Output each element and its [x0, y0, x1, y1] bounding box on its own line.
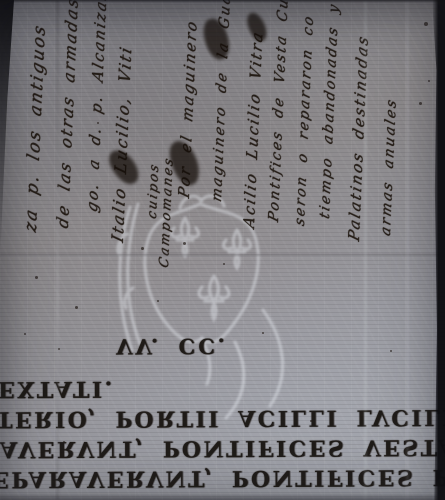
ink-speck: [141, 247, 144, 250]
ink-speck: [24, 333, 26, 335]
scan-edge-left: [0, 0, 14, 262]
ink-speck: [310, 420, 312, 422]
ink-speck: [223, 263, 225, 265]
printed-text-line: TERIO, PORTII ACILLI LVCILLI VIT: [0, 406, 445, 431]
ink-speck: [338, 455, 340, 457]
ink-speck: [303, 160, 305, 162]
ink-speck: [183, 242, 186, 245]
ink-speck: [157, 300, 159, 302]
ink-speck: [390, 350, 392, 352]
ink-speck: [428, 80, 430, 82]
scan-edge-bottom: [0, 493, 445, 500]
vertical-crease: [364, 0, 367, 500]
printed-text-line: AVERVNT, PONTIFICES VESTAE VV.: [0, 436, 445, 461]
handwriting-line: za p. los antiguos: [18, 20, 54, 235]
handwriting-line: armas anuales: [373, 95, 406, 240]
ink-speck: [35, 276, 38, 279]
handwriting-line: Palatinos destinadas: [341, 31, 377, 244]
ink-speck: [419, 102, 422, 105]
ink-speck: [63, 441, 65, 443]
manuscript-page: za p. los antiguosde las otras armadasgo…: [0, 0, 445, 500]
scan-edge-top: [0, 0, 445, 3]
ink-speck: [262, 332, 264, 334]
ink-speck: [97, 122, 99, 124]
ink-speck: [424, 22, 428, 26]
vertical-crease: [406, 0, 409, 500]
printed-text-line: VV. CC.: [116, 336, 228, 358]
horizontal-fold-line: [0, 254, 445, 257]
ink-speck: [75, 306, 78, 309]
printed-text-line: EPARAVERVNT, PONTIFICES PECVNI: [0, 466, 445, 491]
vertical-crease: [56, 0, 59, 500]
